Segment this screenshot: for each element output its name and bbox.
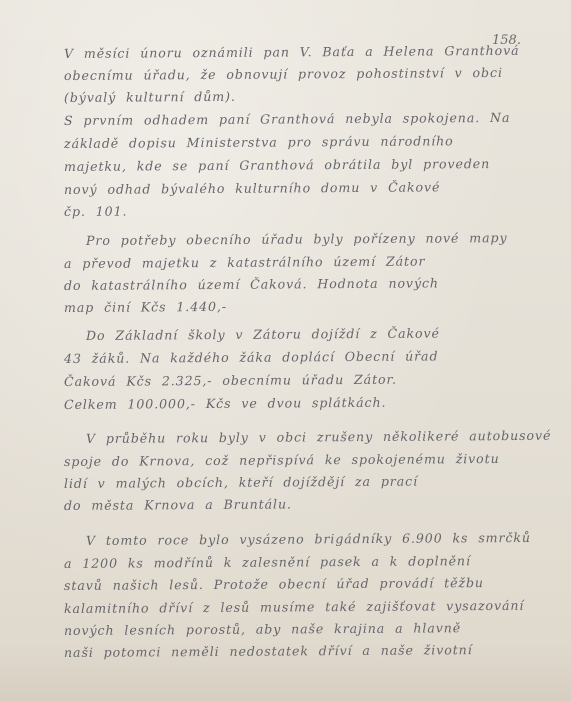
text-line: nový odhad bývalého kulturního domu v Ča… bbox=[64, 179, 440, 197]
text-line: V průběhu roku byly v obci zrušeny někol… bbox=[86, 428, 551, 446]
text-line: Celkem 100.000,- Kčs ve dvou splátkách. bbox=[64, 395, 386, 412]
text-line: obecnímu úřadu, že obnovují provoz pohos… bbox=[64, 65, 503, 83]
text-line: 43 žáků. Na každého žáka doplácí Obecní … bbox=[64, 348, 438, 366]
text-line: Pro potřeby obecního úřadu byly pořízeny… bbox=[86, 230, 508, 248]
text-line: V tomto roce bylo vysázeno brigádníky 6.… bbox=[86, 530, 531, 548]
text-line: kalamitního dříví z lesů musíme také zaj… bbox=[64, 598, 524, 616]
chronicle-page: 158. V měsíci únoru oznámili pan V. Baťa… bbox=[0, 0, 571, 701]
text-line: a převod majetku z katastrálního území Z… bbox=[64, 253, 425, 271]
text-line: stavů našich lesů. Protože obecní úřad p… bbox=[64, 575, 484, 593]
text-line: naši potomci neměli nedostatek dříví a n… bbox=[64, 642, 473, 660]
text-line: map činí Kčs 1.440,- bbox=[64, 299, 227, 315]
text-line: lidí v malých obcích, kteří dojíždějí za… bbox=[64, 474, 418, 491]
text-line: S prvním odhadem paní Granthová nebyla s… bbox=[64, 110, 510, 128]
text-line: majetku, kde se paní Granthová obrátila … bbox=[64, 156, 490, 174]
text-line: V měsíci únoru oznámili pan V. Baťa a He… bbox=[64, 43, 520, 61]
text-line: spoje do Krnova, což nepřispívá ke spoko… bbox=[64, 451, 500, 469]
text-line: Do Základní školy v Zátoru dojíždí z Čak… bbox=[86, 326, 440, 343]
text-line: do katastrálního území Čaková. Hodnota n… bbox=[64, 275, 439, 293]
text-line: nových lesních porostů, aby naše krajina… bbox=[64, 620, 461, 638]
text-line: (bývalý kulturní dům). bbox=[64, 89, 236, 105]
text-line: základě dopisu Ministerstva pro správu n… bbox=[64, 133, 454, 151]
text-line: a 1200 ks modřínů k zalesnění pasek a k … bbox=[64, 553, 471, 571]
text-line: Čaková Kčs 2.325,- obecnímu úřadu Zátor. bbox=[64, 372, 397, 389]
text-line: čp. 101. bbox=[64, 204, 127, 219]
text-line: do města Krnova a Bruntálu. bbox=[64, 496, 292, 513]
